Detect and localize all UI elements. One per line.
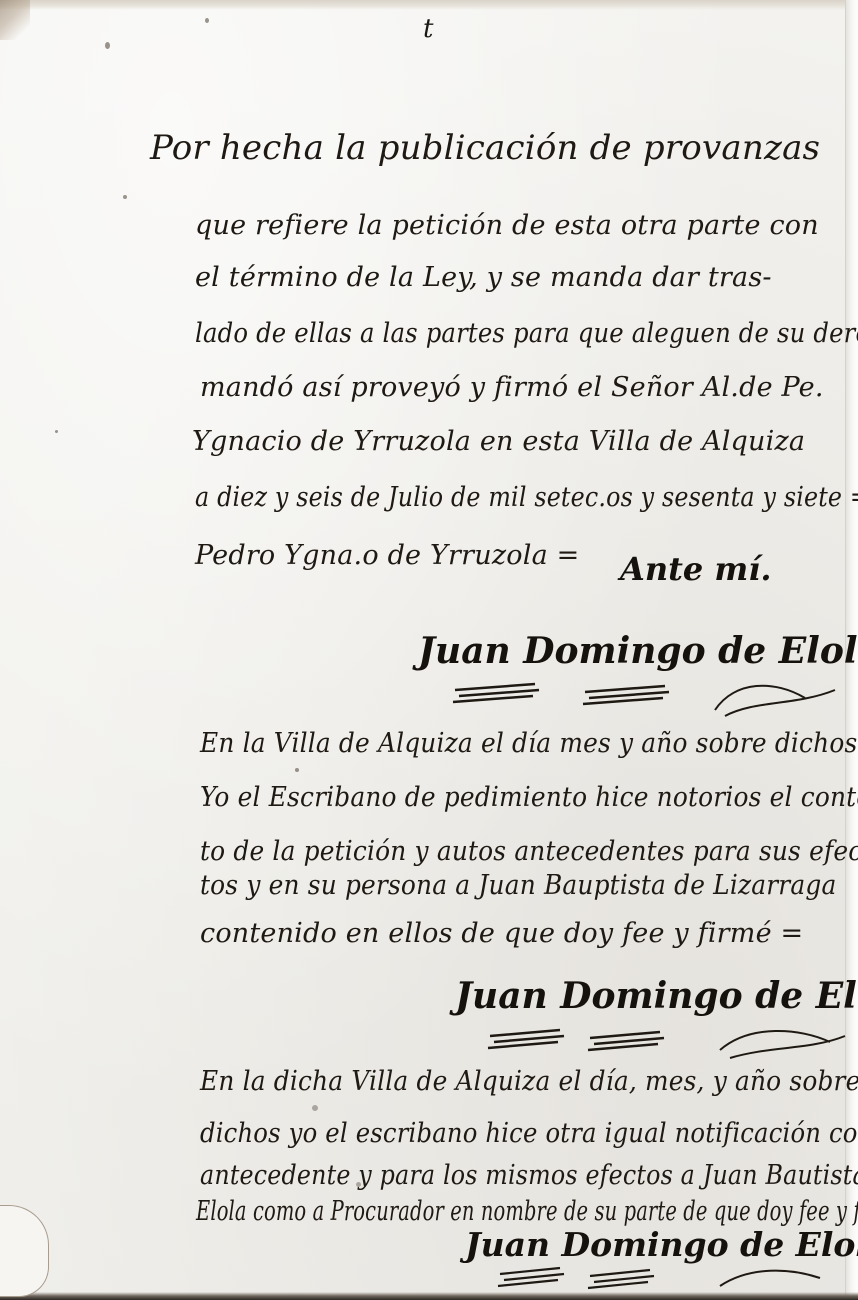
notification-2-line: antecedente y para los mismos efectos a … — [200, 1160, 858, 1191]
decree-line: mandó así proveyó y firmó el Señor Al.de… — [200, 372, 824, 403]
decree-line: Ygnacio de Yrruzola en esta Villa de Alq… — [192, 426, 805, 457]
foxing-spot — [205, 18, 209, 23]
signature-rubric — [480, 1020, 850, 1070]
notary-signature: Juan Domingo de Elola — [455, 975, 858, 1017]
notification-1-line: Yo el Escribano de pedimiento hice notor… — [200, 782, 858, 813]
manuscript-page: t Por hecha la publicación de provanzas … — [0, 0, 858, 1300]
decree-line: Por hecha la publicación de provanzas — [150, 128, 820, 168]
folio-mark: t — [423, 14, 433, 44]
notification-1-line: En la Villa de Alquiza el día mes y año … — [200, 728, 857, 759]
signature-rubric — [490, 1262, 830, 1298]
notification-1-line: tos y en su persona a Juan Bauptista de … — [200, 870, 836, 901]
foxing-spot — [105, 42, 110, 49]
notification-2-line: Elola como a Procurador en nombre de su … — [196, 1196, 858, 1227]
foxing-spot — [312, 1105, 318, 1111]
notification-1-line: contenido en ellos de que doy fee y firm… — [200, 918, 803, 949]
worn-corner — [0, 0, 30, 40]
notary-signature: Juan Domingo de Elola — [465, 1225, 858, 1264]
foxing-spot — [295, 768, 299, 772]
notification-2-line: En la dicha Villa de Alquiza el día, mes… — [200, 1066, 858, 1097]
page-top-edge — [0, 0, 858, 10]
signature-rubric — [445, 670, 845, 730]
decree-line: a diez y seis de Julio de mil setec.os y… — [195, 482, 858, 513]
decree-line: lado de ellas a las partes para que aleg… — [195, 318, 858, 349]
decree-line: que refiere la petición de esta otra par… — [195, 210, 819, 241]
paper-tear — [0, 1205, 49, 1297]
notification-2-line: dichos yo el escribano hice otra igual n… — [200, 1118, 858, 1149]
notary-signature: Juan Domingo de Elola — [418, 630, 858, 672]
notification-1-line: to de la petición y autos antecedentes p… — [200, 836, 858, 867]
foxing-spot — [123, 195, 127, 199]
alcalde-signature: Pedro Ygna.o de Yrruzola = — [195, 540, 579, 571]
foxing-spot — [55, 430, 58, 433]
ante-mi-signature: Ante mí. — [620, 550, 772, 588]
decree-line: el término de la Ley, y se manda dar tra… — [195, 262, 772, 293]
